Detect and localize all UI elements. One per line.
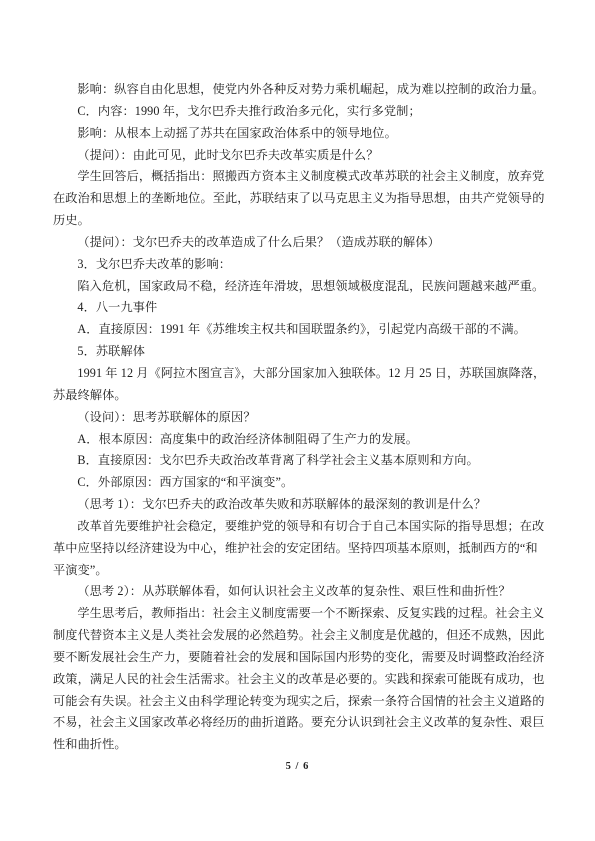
text-line: 要不断发展社会生产力，要随着社会的发展和国际国内形势的变化，需要及时调整政治经济 (53, 647, 541, 669)
text-line: C．外部原因：西方国家的“和平演变”。 (53, 472, 541, 494)
text-line: 改革首先要维护社会稳定，要维护党的领导和有切合于自己本国实际的指导思想；在改 (53, 516, 541, 538)
text-line: 影响：纵容自由化思想，使党内外各种反对势力乘机崛起，成为难以控制的政治力量。 (53, 79, 541, 101)
text-line: （提问）：戈尔巴乔夫的改革造成了什么后果？（造成苏联的解体） (53, 232, 541, 254)
text-line: 学生回答后，概括指出：照搬西方资本主义制度模式改革苏联的社会主义制度，放弃党 (53, 166, 541, 188)
text-line: 革中应坚持以经济建设为中心，维护社会的安定团结。坚持四项基本原则，抵制西方的“和 (53, 538, 541, 560)
text-line: 历史。 (53, 210, 541, 232)
text-line: 苏最终解体。 (53, 385, 541, 407)
text-line: 3．戈尔巴乔夫改革的影响： (53, 254, 541, 276)
page-number: 5 / 6 (0, 761, 595, 772)
text-line: 政策，满足人民的社会生活需求。社会主义的改革是必要的。实践和探索可能既有成功，也 (53, 669, 541, 691)
text-line: 学生思考后，教师指出：社会主义制度需要一个不断探索、反复实践的过程。社会主义 (53, 603, 541, 625)
text-line: 陷入危机，国家政局不稳，经济连年滑坡，思想领域极度混乱，民族问题越来越严重。 (53, 276, 541, 298)
text-line: （提问）：由此可见，此时戈尔巴乔夫改革实质是什么？ (53, 145, 541, 167)
text-line: B．直接原因：戈尔巴乔夫政治改革背离了科学社会主义基本原则和方向。 (53, 450, 541, 472)
text-line: 平演变”。 (53, 560, 541, 582)
text-line: 不易，社会主义国家改革必将经历的曲折道路。要充分认识到社会主义改革的复杂性、艰巨 (53, 712, 541, 734)
text-line: 制度代替资本主义是人类社会发展的必然趋势。社会主义制度是优越的，但还不成熟，因此 (53, 625, 541, 647)
text-line: 性和曲折性。 (53, 734, 541, 756)
text-line: 4．八一九事件 (53, 297, 541, 319)
text-line: A．直接原因：1991 年《苏维埃主权共和国联盟条约》，引起党内高级干部的不满。 (53, 319, 541, 341)
text-line: 在政治和思想上的垄断地位。至此，苏联结束了以马克思主义为指导思想，由共产党领导的 (53, 188, 541, 210)
text-line: （思考 1）：戈尔巴乔夫的政治改革失败和苏联解体的最深刻的教训是什么？ (53, 494, 541, 516)
text-line: 5．苏联解体 (53, 341, 541, 363)
text-line: A．根本原因：高度集中的政治经济体制阻碍了生产力的发展。 (53, 429, 541, 451)
text-line: 1991 年 12 月《阿拉木图宣言》，大部分国家加入独联体。12 月 25 日… (53, 363, 541, 385)
text-line: 影响：从根本上动摇了苏共在国家政治体系中的领导地位。 (53, 123, 541, 145)
text-line: C．内容：1990 年，戈尔巴乔夫推行政治多元化，实行多党制； (53, 101, 541, 123)
text-line: （思考 2）：从苏联解体看，如何认识社会主义改革的复杂性、艰巨性和曲折性？ (53, 581, 541, 603)
text-line: （设问）：思考苏联解体的原因？ (53, 407, 541, 429)
document-page: 影响：纵容自由化思想，使党内外各种反对势力乘机崛起，成为难以控制的政治力量。C．… (0, 0, 595, 841)
document-body: 影响：纵容自由化思想，使党内外各种反对势力乘机崛起，成为难以控制的政治力量。C．… (53, 79, 541, 756)
text-line: 可能会有失误。社会主义由科学理论转变为现实之后，探索一条符合国情的社会主义道路的 (53, 691, 541, 713)
